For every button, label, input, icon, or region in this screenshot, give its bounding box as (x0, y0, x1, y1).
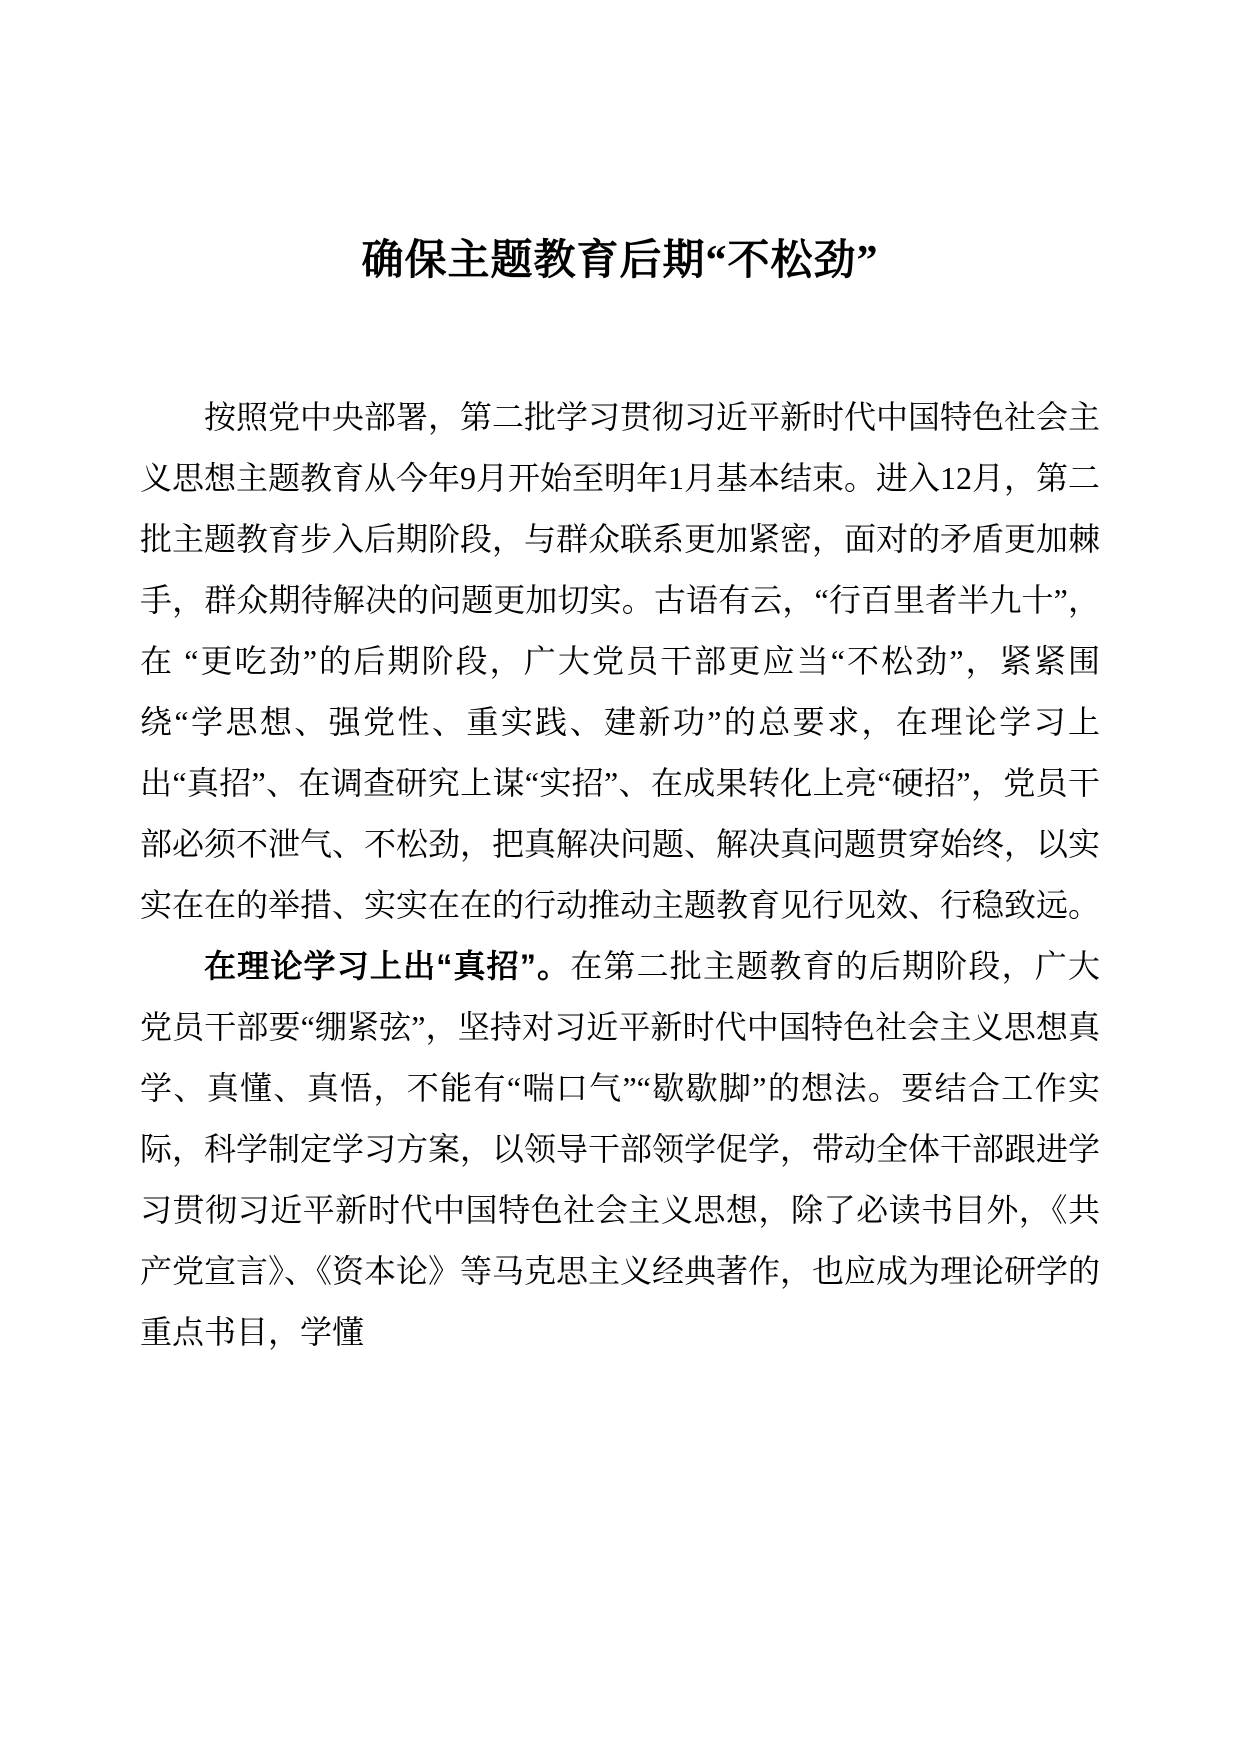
paragraph-2-lead: 在理论学习上出“真招”。 (204, 948, 570, 984)
paragraph-2: 在理论学习上出“真招”。在第二批主题教育的后期阶段，广大党员干部要“绷紧弦”，坚… (140, 936, 1100, 1363)
document-page: 确保主题教育后期“不松劲” 按照党中央部署，第二批学习贯彻习近平新时代中国特色社… (0, 0, 1240, 1754)
paragraph-1: 按照党中央部署，第二批学习贯彻习近平新时代中国特色社会主义思想主题教育从今年9月… (140, 387, 1100, 936)
paragraph-2-text: 在第二批主题教育的后期阶段，广大党员干部要“绷紧弦”，坚持对习近平新时代中国特色… (140, 948, 1100, 1350)
paragraph-1-text: 按照党中央部署，第二批学习贯彻习近平新时代中国特色社会主义思想主题教育从今年9月… (140, 399, 1100, 923)
document-title: 确保主题教育后期“不松劲” (140, 240, 1100, 282)
